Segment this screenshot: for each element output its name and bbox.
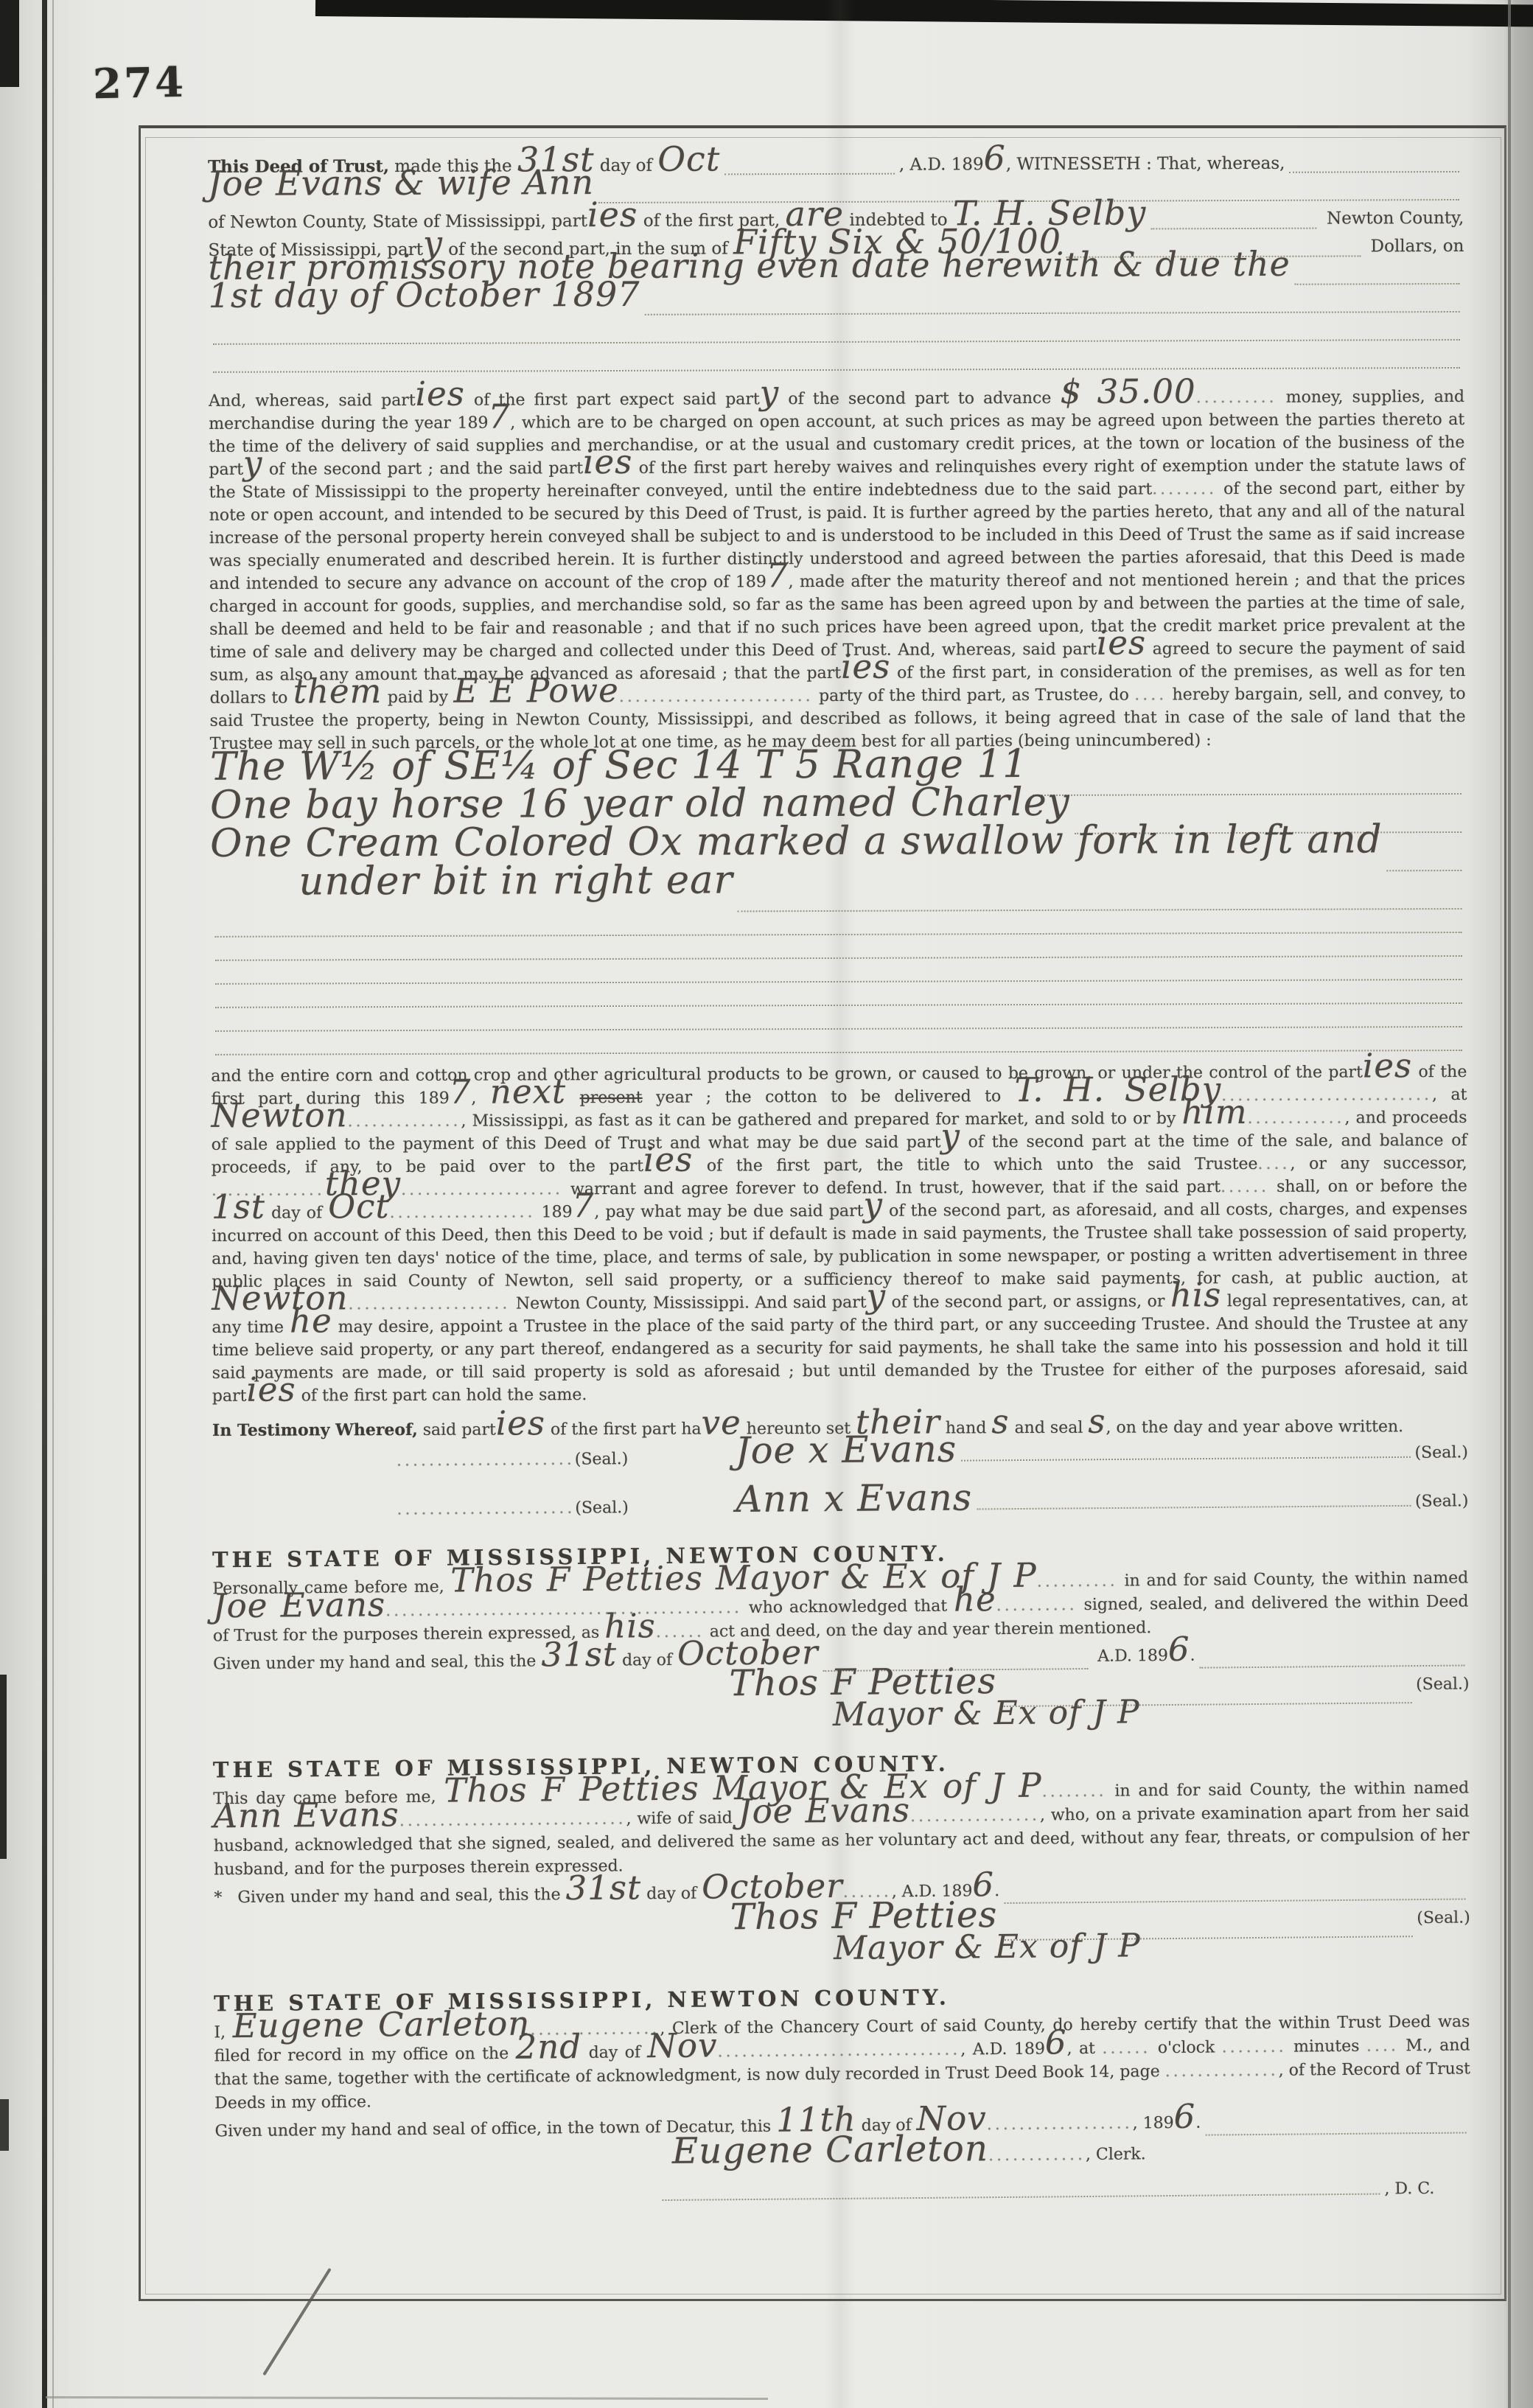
handwritten-entry: his bbox=[1170, 1275, 1222, 1314]
handwritten-entry: Eugene Carleton bbox=[232, 2004, 530, 2046]
printed-text: . bbox=[1195, 2112, 1201, 2135]
crop-clause-paragraph: and the entire corn and cotton crop and … bbox=[211, 1061, 1468, 1408]
printed-text: said part bbox=[418, 1421, 496, 1439]
handwritten-entry: ies bbox=[246, 1369, 296, 1409]
printed-text: shall, on or before the bbox=[1269, 1177, 1467, 1196]
printed-text: , or any successor, bbox=[1290, 1154, 1467, 1173]
form-line bbox=[209, 347, 1464, 380]
dotted-fill bbox=[1150, 226, 1316, 230]
dotted-leader: .............. bbox=[348, 1112, 461, 1131]
handwritten-entry: T. H. Selby bbox=[953, 212, 1146, 213]
dotted-leader: ................ bbox=[910, 1807, 1040, 1826]
handwritten-entry: 6 bbox=[1045, 2023, 1067, 2062]
printed-text: A.D. 189 bbox=[1092, 1644, 1168, 1668]
dotted-fill bbox=[724, 172, 895, 175]
handwritten-entry: Joe Evans bbox=[738, 1790, 910, 1831]
seal-blank: ......................(Seal.) bbox=[212, 1496, 654, 1523]
scan-edge-mark bbox=[0, 0, 19, 87]
dotted-leader: ............................ bbox=[399, 1810, 626, 1830]
printed-text: year ; the cotton to be delivered to bbox=[643, 1087, 1015, 1107]
handwritten-entry: Joe Evans & wife Ann bbox=[208, 182, 594, 184]
handwritten-entry: their promissory note bearing even date … bbox=[209, 264, 1291, 268]
printed-text: * Given under my hand and seal, this the bbox=[214, 1883, 565, 1909]
printed-text: , D. C. bbox=[1384, 2177, 1434, 2201]
handwritten-entry: Joe x Evans bbox=[736, 1449, 957, 1451]
handwritten-entry: 31st bbox=[565, 1888, 641, 1888]
handwritten-entry: next bbox=[490, 1072, 566, 1111]
spacer bbox=[215, 2200, 657, 2204]
printed-text: , Clerk. bbox=[1086, 2143, 1146, 2166]
handwritten-entry: y bbox=[940, 1116, 960, 1155]
dotted-leader: .......... bbox=[1196, 388, 1277, 407]
handwritten-entry: ies bbox=[496, 1403, 545, 1442]
printed-text: In Testimony Whereof, bbox=[212, 1420, 418, 1440]
printed-text: , bbox=[471, 1089, 490, 1108]
handwritten-entry: y bbox=[863, 1185, 883, 1224]
dotted-leader: .... bbox=[1257, 1155, 1290, 1173]
dotted-fill bbox=[977, 1504, 1411, 1510]
handwritten-entry: October bbox=[702, 1886, 843, 1888]
printed-text: day of bbox=[641, 1882, 702, 1906]
dotted-leader: .............................. bbox=[717, 2041, 960, 2062]
grantor-signature: Joe x Evans(Seal.) bbox=[654, 1441, 1468, 1470]
printed-text: , pay what may be due said part bbox=[594, 1202, 863, 1221]
printed-text: minutes bbox=[1287, 2037, 1366, 2056]
seal-row: ......................(Seal.) Ann x Evan… bbox=[212, 1490, 1468, 1538]
printed-text: day of bbox=[617, 1649, 677, 1672]
dotted-fill bbox=[1200, 1664, 1465, 1669]
acknowledgment-wife: THE STATE OF MISSISSIPPI, NEWTON COUNTY.… bbox=[213, 1748, 1471, 1983]
printed-text: , on the day and year above written. bbox=[1106, 1417, 1403, 1437]
handwritten-entry: y bbox=[760, 373, 780, 412]
dotted-leader: ...................... bbox=[397, 1448, 575, 1473]
handwritten-entry: 7 bbox=[766, 556, 789, 595]
printed-text: . bbox=[1190, 1644, 1195, 1667]
dotted-leader: .................. bbox=[987, 2112, 1133, 2136]
printed-text: present bbox=[580, 1089, 643, 1107]
dotted-leader: ............ bbox=[1248, 1109, 1345, 1128]
page-edge-line bbox=[1508, 0, 1511, 2408]
printed-text: Newton County, bbox=[1321, 207, 1464, 231]
spacer bbox=[214, 1959, 834, 1964]
printed-text: Dollars, on bbox=[1365, 235, 1464, 258]
printed-text: warrant and agree forever to defend. In … bbox=[563, 1178, 1221, 1198]
handwritten-entry: under bit in right ear bbox=[298, 880, 733, 882]
dotted-leader: ........ bbox=[1222, 2038, 1287, 2057]
printed-text: of Newton County, State of Mississippi, … bbox=[208, 210, 587, 234]
deed-opening-section: This Deed of Trust, made this the 31st d… bbox=[208, 151, 1464, 380]
dotted-leader: .......................... bbox=[1221, 1086, 1432, 1105]
printed-text: (Seal.) bbox=[575, 1448, 629, 1471]
handwritten-entry: y bbox=[866, 1277, 886, 1316]
handwritten-entry: y bbox=[243, 444, 263, 483]
printed-text: who acknowledged that bbox=[742, 1597, 954, 1618]
dotted-leader: .................... bbox=[401, 1180, 563, 1199]
handwritten-entry: The W½ of SE¼ of Sec 14 T 5 Range 11 bbox=[210, 764, 1028, 767]
dotted-fill bbox=[738, 907, 1462, 912]
handwritten-entry: 7 bbox=[572, 1186, 594, 1225]
dotted-fill bbox=[1295, 282, 1460, 285]
spacer bbox=[215, 2163, 672, 2167]
property-description-line: under bit in right ear bbox=[210, 878, 1466, 921]
scan-edge-mark bbox=[0, 1675, 7, 1859]
clerk-certificate: THE STATE OF MISSISSIPPI, NEWTON COUNTY.… bbox=[214, 1981, 1472, 2211]
dotted-fill bbox=[645, 310, 1460, 315]
dotted-leader: ........................................… bbox=[385, 1599, 742, 1620]
seal-blank: ......................(Seal.) bbox=[212, 1448, 654, 1474]
dotted-leader: .... bbox=[1134, 685, 1167, 704]
handwritten-entry: 2nd bbox=[515, 2027, 582, 2067]
handwritten-entry: $ 35.00 bbox=[1060, 371, 1195, 411]
dotted-fill bbox=[1387, 868, 1462, 871]
handwritten-entry: ies bbox=[643, 1140, 693, 1179]
handwritten-entry: October bbox=[677, 1653, 819, 1654]
printed-text: , at bbox=[1066, 2039, 1102, 2058]
dotted-fill bbox=[1033, 792, 1462, 796]
page-bottom-edge bbox=[46, 2396, 768, 2400]
printed-text: , 189 bbox=[1133, 2112, 1174, 2135]
handwritten-entry: ies bbox=[1097, 623, 1146, 662]
printed-text: of the second part ; and the said part bbox=[262, 459, 583, 479]
deed-form-content: This Deed of Trust, made this the 31st d… bbox=[137, 126, 1508, 2301]
handwritten-entry: Mayor & Ex of J P bbox=[834, 1946, 1141, 1949]
dotted-leader: .... bbox=[1366, 2037, 1399, 2055]
printed-text: in and for said County, the within named bbox=[1107, 1779, 1470, 1800]
handwritten-entry: Eugene Carleton bbox=[672, 2149, 988, 2152]
dotted-fill bbox=[215, 954, 1462, 961]
printed-text: And, whereas, said part bbox=[209, 391, 416, 411]
form-line bbox=[209, 319, 1464, 352]
page-number: 274 bbox=[92, 58, 186, 109]
dotted-leader: .......... bbox=[1037, 1572, 1118, 1591]
blank-dotted-line bbox=[211, 1034, 1467, 1062]
spacer bbox=[1146, 2159, 1190, 2160]
handwritten-entry: them bbox=[293, 671, 383, 711]
printed-text: of the first part can hold the same. bbox=[296, 1386, 587, 1405]
dotted-fill bbox=[215, 930, 1462, 938]
handwritten-entry: One bay horse 16 year old named Charley bbox=[210, 803, 1070, 806]
dotted-fill bbox=[215, 1048, 1462, 1055]
handwritten-entry: ies bbox=[416, 374, 465, 413]
acknowledgment-body: Personally came before me, Thos F Pettie… bbox=[212, 1566, 1469, 1648]
book-edge-shadow-top bbox=[315, 0, 1533, 27]
printed-text: , WITNESSETH : That, whereas, bbox=[1006, 153, 1285, 176]
printed-text: (Seal.) bbox=[1416, 1672, 1470, 1696]
printed-text: I, bbox=[214, 2023, 233, 2042]
handwritten-entry: 1st day of October 1897 bbox=[209, 294, 640, 296]
dotted-fill bbox=[215, 977, 1462, 985]
dotted-leader: ........ bbox=[1152, 480, 1217, 498]
printed-text bbox=[566, 1089, 580, 1107]
printed-text: o'clock bbox=[1150, 2038, 1222, 2057]
handwritten-entry: 1st bbox=[212, 1187, 265, 1226]
handwritten-entry: ies bbox=[841, 647, 890, 686]
handwritten-entry: him bbox=[1181, 1092, 1247, 1131]
handwritten-entry: ies bbox=[583, 442, 632, 481]
printed-text: of the first part, the title to which un… bbox=[693, 1155, 1257, 1176]
printed-text: , A.D. 189 bbox=[899, 153, 984, 176]
handwritten-entry: One Cream Colored Ox marked a swallow fo… bbox=[210, 840, 1382, 844]
handwritten-entry: Thos F Petties bbox=[730, 1915, 998, 1917]
acknowledgment-grantor: THE STATE OF MISSISSIPPI, NEWTON COUNTY.… bbox=[212, 1538, 1470, 1750]
dotted-leader: ............ bbox=[988, 2143, 1086, 2167]
handwritten-entry: 7 bbox=[450, 1072, 472, 1111]
printed-text: , A.D. 189 bbox=[960, 2040, 1045, 2059]
printed-text: 189 bbox=[535, 1203, 572, 1221]
dotted-leader: .............. bbox=[1165, 2062, 1279, 2081]
dotted-leader: ...................... bbox=[397, 1497, 575, 1521]
handwritten-entry: Thos F Petties bbox=[730, 1681, 997, 1683]
printed-text: and seal bbox=[1010, 1419, 1089, 1437]
dotted-leader: ........ bbox=[1042, 1782, 1107, 1801]
form-line: 1st day of October 1897 bbox=[209, 291, 1464, 324]
dotted-fill bbox=[213, 338, 1460, 345]
dotted-leader: .................. bbox=[390, 1203, 536, 1222]
printed-text: , at bbox=[1432, 1086, 1467, 1104]
handwritten-entry: 31st bbox=[541, 1655, 617, 1655]
printed-text: (Seal.) bbox=[1417, 1906, 1470, 1930]
printed-text: paid by bbox=[382, 688, 453, 707]
handwritten-entry: Joe Evans bbox=[212, 1585, 385, 1625]
dotted-fill bbox=[215, 1025, 1462, 1032]
printed-text: party of the third part, as Trustee, do bbox=[814, 686, 1135, 706]
printed-text: Given under my hand and seal, this the bbox=[213, 1650, 541, 1675]
handwritten-entry: ies bbox=[1363, 1046, 1412, 1085]
dotted-fill bbox=[215, 1001, 1462, 1008]
dotted-leader: ...... bbox=[1221, 1178, 1269, 1196]
handwritten-entry: 11th bbox=[776, 2120, 856, 2121]
handwritten-entry: Nov bbox=[647, 2025, 718, 2065]
dotted-fill bbox=[1004, 1897, 1465, 1904]
dotted-fill bbox=[662, 2192, 1380, 2202]
printed-text: (Seal.) bbox=[1414, 1441, 1468, 1465]
printed-text: day of bbox=[582, 2043, 647, 2062]
signature-seal-section: ......................(Seal.) Joe x Evan… bbox=[212, 1441, 1469, 1538]
handwritten-entry: Ann Evans bbox=[213, 1795, 399, 1835]
handwritten-entry: Thos F Petties Mayor & Ex of J P bbox=[450, 1556, 1037, 1600]
handwritten-entry: s bbox=[1088, 1402, 1106, 1441]
handwritten-entry: E E Powe bbox=[453, 671, 618, 711]
book-spine-crease bbox=[52, 0, 54, 2408]
printed-text: day of bbox=[595, 155, 658, 178]
dotted-leader: .................... bbox=[348, 1294, 510, 1313]
dotted-fill bbox=[1205, 2131, 1466, 2136]
printed-text: Newton County, Mississippi. And said par… bbox=[510, 1294, 866, 1313]
spacer bbox=[214, 1929, 730, 1933]
handwritten-entry: Newton bbox=[211, 1095, 347, 1135]
handwritten-entry: Ann x Evans bbox=[736, 1498, 972, 1500]
spacer bbox=[214, 1695, 730, 1700]
deed-form-border: This Deed of Trust, made this the 31st d… bbox=[139, 125, 1506, 2301]
handwritten-entry: Fifty Six & 50/100 bbox=[733, 241, 1061, 242]
printed-text: day of bbox=[265, 1204, 328, 1222]
spacer bbox=[214, 1725, 833, 1731]
dotted-fill bbox=[213, 366, 1460, 373]
handwritten-entry: 7 bbox=[488, 397, 510, 436]
printed-text: of the second part to advance bbox=[779, 389, 1060, 408]
dotted-leader: ........................ bbox=[619, 687, 814, 706]
handwritten-entry: s bbox=[991, 1402, 1009, 1441]
printed-text: (Seal.) bbox=[575, 1496, 629, 1520]
dotted-leader: .......... bbox=[996, 1596, 1078, 1615]
dotted-fill bbox=[961, 1455, 1410, 1462]
property-description-section: The W½ of SE¼ of Sec 14 T 5 Range 11 One… bbox=[210, 763, 1467, 1062]
printed-text: , wife of said bbox=[626, 1809, 738, 1828]
handwritten-entry: Nov bbox=[917, 2118, 987, 2119]
dotted-fill bbox=[1289, 170, 1459, 173]
grantor-signature: Ann x Evans(Seal.) bbox=[654, 1490, 1468, 1519]
printed-text: (Seal.) bbox=[1415, 1490, 1469, 1513]
handwritten-entry: he bbox=[290, 1301, 332, 1340]
printed-text: in and for said County, the within named bbox=[1118, 1568, 1469, 1590]
book-spine-crease bbox=[42, 0, 47, 2408]
advance-clause-paragraph: And, whereas, said parties of the first … bbox=[209, 385, 1466, 755]
scanned-deed-page: 274 This Deed of Trust, made this the 31… bbox=[0, 0, 1533, 2408]
handwritten-entry: Mayor & Ex of J P bbox=[833, 1712, 1140, 1715]
printed-text: , Mississippi, as fast as it can be gath… bbox=[461, 1109, 1181, 1130]
handwritten-entry: Oct bbox=[328, 1187, 390, 1226]
scan-edge-mark bbox=[0, 2099, 9, 2151]
printed-text: of the first part ha bbox=[545, 1420, 702, 1439]
dotted-leader: ...... bbox=[1102, 2039, 1150, 2058]
printed-text: of the second part, or assigns, or bbox=[886, 1292, 1170, 1311]
handwritten-entry: he bbox=[954, 1580, 996, 1619]
